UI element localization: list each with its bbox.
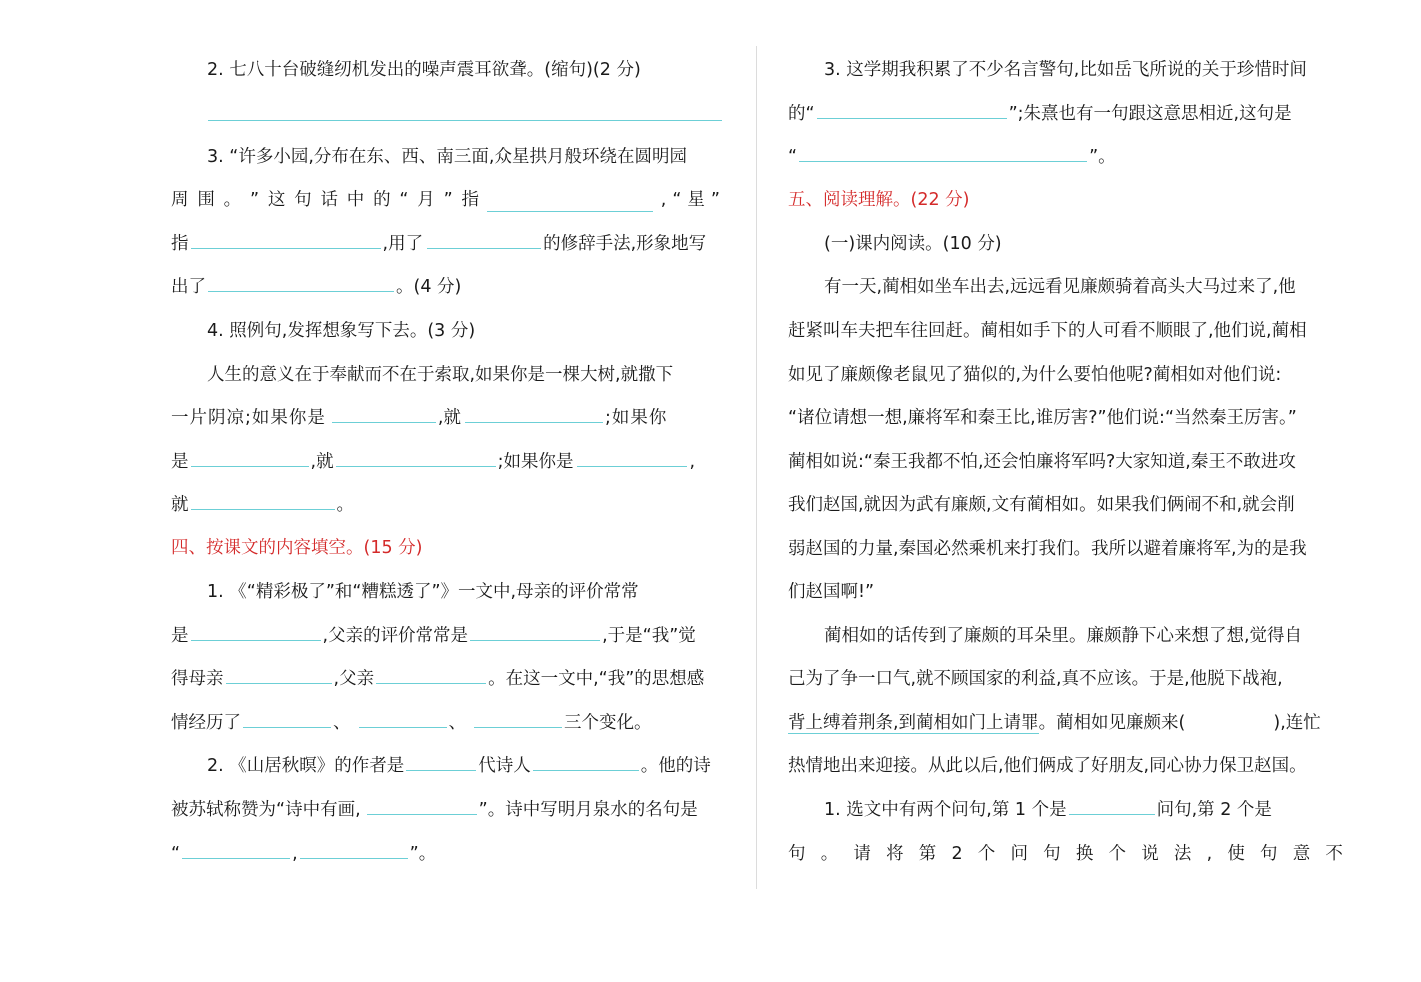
text: , (292, 844, 298, 864)
answer-blank-verse-2[interactable] (300, 842, 408, 859)
text: ;如果你是 (498, 452, 574, 472)
text: ”;朱熹也有一句跟这意思相近,这句是 (1009, 104, 1292, 124)
text: 、 (333, 713, 351, 733)
text: ”。 (410, 844, 437, 864)
answer-blank-change-1[interactable] (243, 711, 331, 728)
char: ” (250, 188, 259, 212)
text: “ (171, 844, 180, 864)
answer-blank-yuefei-quote[interactable] (817, 102, 1007, 119)
text: ,用了 (383, 234, 424, 254)
char: 中 (347, 188, 365, 212)
answer-blank-5[interactable] (577, 450, 687, 467)
char: 句 (1260, 842, 1278, 866)
section-4-q1-line4: 情经历了、、三个变化。 (171, 711, 652, 735)
answer-blank-rhetoric[interactable] (427, 232, 541, 249)
char: 的 (373, 188, 391, 212)
text: 、 (449, 713, 467, 733)
text: 是 (171, 452, 189, 472)
question-4-line4: 就。 (171, 493, 354, 517)
answer-blank-2[interactable] (465, 406, 603, 423)
question-number: 2. (207, 60, 224, 80)
answer-blank-moon[interactable] (487, 195, 653, 212)
text: ”。 (1089, 147, 1116, 167)
text: ,于是“我”觉 (602, 626, 696, 646)
answer-blank-question-type[interactable] (1069, 798, 1155, 815)
question-3-quotes-line1: 3. 这学期我积累了不少名言警句,比如岳飞所说的关于珍惜时间 (788, 58, 1307, 82)
answer-blank-change-2[interactable] (359, 711, 447, 728)
answer-blank-zhuxi-quote[interactable] (799, 145, 1087, 162)
text: ,“星” (655, 188, 726, 212)
text: 情经历了 (171, 713, 241, 733)
text: 。(4 分) (396, 277, 461, 297)
text: 出了 (171, 277, 206, 297)
section-4-q1-line3: 得母亲,父亲。在这一文中,“我”的思想感 (171, 667, 704, 691)
reading-q1-line1: 1. 选文中有两个问句,第 1 个是问句,第 2 个是 (788, 798, 1272, 822)
text: “ (788, 147, 797, 167)
passage2-line: 热情地出来迎接。从此以后,他们俩成了好朋友,同心协力保卫赵国。 (788, 754, 1307, 778)
question-3-quotes-line3: “”。 (788, 145, 1116, 169)
char: “ (399, 188, 408, 212)
column-divider (756, 46, 757, 889)
question-3-line1: 3. “许多小园,分布在东、西、南三面,众星拱月般环绕在圆明园 (171, 145, 687, 169)
char: 话 (320, 188, 338, 212)
text: 是 (171, 626, 189, 646)
underlined-phrase: 背上缚着荆条,到蔺相如门上请罪 (788, 713, 1039, 734)
question-3-line4: 出了。(4 分) (171, 275, 461, 299)
question-3-quotes-line2: 的“”;朱熹也有一句跟这意思相近,这句是 (788, 102, 1292, 126)
text: 。蔺相如见廉颇来( (1039, 713, 1186, 733)
question-text: 七八十台破缝纫机发出的噪声震耳欲聋。(缩句)(2 分) (229, 60, 641, 80)
char: 个 (978, 842, 996, 866)
text: 被苏轼称赞为“诗中有画, (171, 800, 361, 820)
question-4-example: 人生的意义在于奉献而不在于索取,如果你是一棵大树,就撒下 (171, 363, 673, 387)
char: 第 (919, 842, 937, 866)
text: ”。诗中写明月泉水的名句是 (479, 800, 698, 820)
char: 个 (1109, 842, 1127, 866)
text: 代诗人 (478, 756, 531, 776)
text: 。他的诗 (641, 756, 711, 776)
text: , (689, 452, 695, 472)
answer-blank-dynasty[interactable] (406, 754, 476, 771)
passage-line: 弱赵国的力量,秦国必然乘机来打我们。我所以避着廉将军,为的是我 (788, 537, 1307, 561)
answer-blank-6[interactable] (191, 493, 335, 510)
question-2-shorten: 2. 七八十台破缝纫机发出的噪声震耳欲聋。(缩句)(2 分) (171, 58, 641, 82)
spaced-text: 周 围 。 ” 这 句 话 中 的 “ 月 ” 指 (171, 188, 479, 212)
question-4-line3: 是,就;如果你是, (171, 450, 695, 474)
char: ” (444, 188, 453, 212)
answer-blank-mother-feel[interactable] (226, 667, 332, 684)
text: 问句,第 2 个是 (1157, 800, 1272, 820)
answer-blank-star[interactable] (191, 232, 381, 249)
passage2-line: 己为了争一口气,就不顾国家的利益,真不应该。于是,他脱下战袍, (788, 667, 1283, 691)
text: ;如果你 (605, 408, 667, 428)
answer-blank-3[interactable] (191, 450, 309, 467)
question-4-title: 4. 照例句,发挥想象写下去。(3 分) (171, 319, 475, 343)
text: ,就 (438, 408, 461, 428)
char: 句 (788, 842, 806, 866)
reading-q1-line2: 句 。 请 将 第 2 个 问 句 换 个 说 法 , 使 句 意 不 (788, 842, 1343, 866)
char: 请 (853, 842, 871, 866)
char: 。 (224, 188, 242, 212)
section-4-q2-line2: 被苏轼称赞为“诗中有画,”。诗中写明月泉水的名句是 (171, 798, 698, 822)
section-4-q2-line3: “,”。 (171, 842, 436, 866)
text: ,父亲 (334, 669, 375, 689)
passage-line: 如见了廉颇像老鼠见了猫似的,为什么要怕他呢?蔺相如对他们说: (788, 363, 1281, 387)
section-4-q2-line1: 2. 《山居秋暝》的作者是代诗人。他的诗 (171, 754, 711, 778)
section-5-subheading: (一)课内阅读。(10 分) (788, 232, 1002, 256)
text: ),连忙 (1273, 713, 1320, 733)
char: 法 (1174, 842, 1192, 866)
char: 换 (1076, 842, 1094, 866)
text: 指 (171, 234, 189, 254)
char: , (1207, 842, 1213, 866)
text: 就 (171, 495, 189, 515)
text: 一片阴凉;如果你是 (171, 408, 326, 428)
text: 的修辞手法,形象地写 (543, 234, 706, 254)
answer-blank-father-eval[interactable] (470, 624, 600, 641)
answer-blank-depiction[interactable] (208, 275, 394, 292)
text: 1. 选文中有两个问句,第 1 个是 (824, 800, 1067, 820)
answer-blank-change-3[interactable] (474, 711, 562, 728)
answer-blank-q2[interactable] (208, 120, 722, 121)
char: 将 (886, 842, 904, 866)
passage-line: 赶紧叫车夫把车往回赶。蔺相如手下的人可看不顺眼了,他们说,蔺相 (788, 319, 1307, 343)
char: 句 (1043, 842, 1061, 866)
char: 使 (1227, 842, 1245, 866)
char: 说 (1141, 842, 1159, 866)
passage2-line: 背上缚着荆条,到蔺相如门上请罪。蔺相如见廉颇来(),连忙 (788, 711, 1321, 735)
answer-blank-4[interactable] (336, 450, 496, 467)
answer-blank-poet[interactable] (533, 754, 639, 771)
passage-line: 们赵国啊!” (788, 580, 874, 604)
passage-line: “诸位请想一想,廉将军和秦王比,谁厉害?”他们说:“当然秦王厉害。” (788, 406, 1297, 430)
char: 问 (1010, 842, 1028, 866)
answer-blank-mother-eval[interactable] (191, 624, 321, 641)
passage-line: 蔺相如说:“秦王我都不怕,还会怕廉将军吗?大家知道,秦王不敢进攻 (788, 450, 1296, 474)
passage-line: 我们赵国,就因为武有廉颇,文有蔺相如。如果我们俩闹不和,就会削 (788, 493, 1295, 517)
passage2-line: 蔺相如的话传到了廉颇的耳朵里。廉颇静下心来想了想,觉得自 (788, 624, 1302, 648)
char: 意 (1293, 842, 1311, 866)
answer-blank-verse-1[interactable] (182, 842, 290, 859)
char: 这 (268, 188, 286, 212)
passage-line: 有一天,蔺相如坐车出去,远远看见廉颇骑着高头大马过来了,他 (788, 275, 1296, 299)
text: 的“ (788, 104, 815, 124)
section-5-heading: 五、阅读理解。(22 分) (788, 188, 970, 212)
question-4-line2: 一片阴凉;如果你是,就;如果你 (171, 406, 667, 430)
char: 。 (821, 842, 839, 866)
section-4-q1-line1: 1. 《“精彩极了”和“糟糕透了”》一文中,母亲的评价常常 (171, 580, 639, 604)
char: 2 (951, 842, 962, 866)
char: 周 (171, 188, 189, 212)
char: 不 (1325, 842, 1343, 866)
text: ,父亲的评价常常是 (323, 626, 469, 646)
text: 。在这一文中,“我”的思想感 (488, 669, 704, 689)
answer-blank-praise[interactable] (367, 798, 477, 815)
answer-blank-father-feel[interactable] (376, 667, 486, 684)
char: 月 (417, 188, 435, 212)
char: 句 (294, 188, 312, 212)
question-3-line3: 指,用了的修辞手法,形象地写 (171, 232, 706, 256)
text: 得母亲 (171, 669, 224, 689)
section-4-heading: 四、按课文的内容填空。(15 分) (171, 536, 423, 560)
text: 2. 《山居秋暝》的作者是 (207, 756, 404, 776)
answer-blank-1[interactable] (332, 406, 436, 423)
question-3-line2: 周 围 。 ” 这 句 话 中 的 “ 月 ” 指 ,“星” (171, 188, 726, 212)
char: 围 (197, 188, 215, 212)
text: 。 (337, 495, 355, 515)
text: ,就 (311, 452, 334, 472)
text: 三个变化。 (564, 713, 652, 733)
char: 指 (461, 188, 479, 212)
section-4-q1-line2: 是,父亲的评价常常是,于是“我”觉 (171, 624, 696, 648)
